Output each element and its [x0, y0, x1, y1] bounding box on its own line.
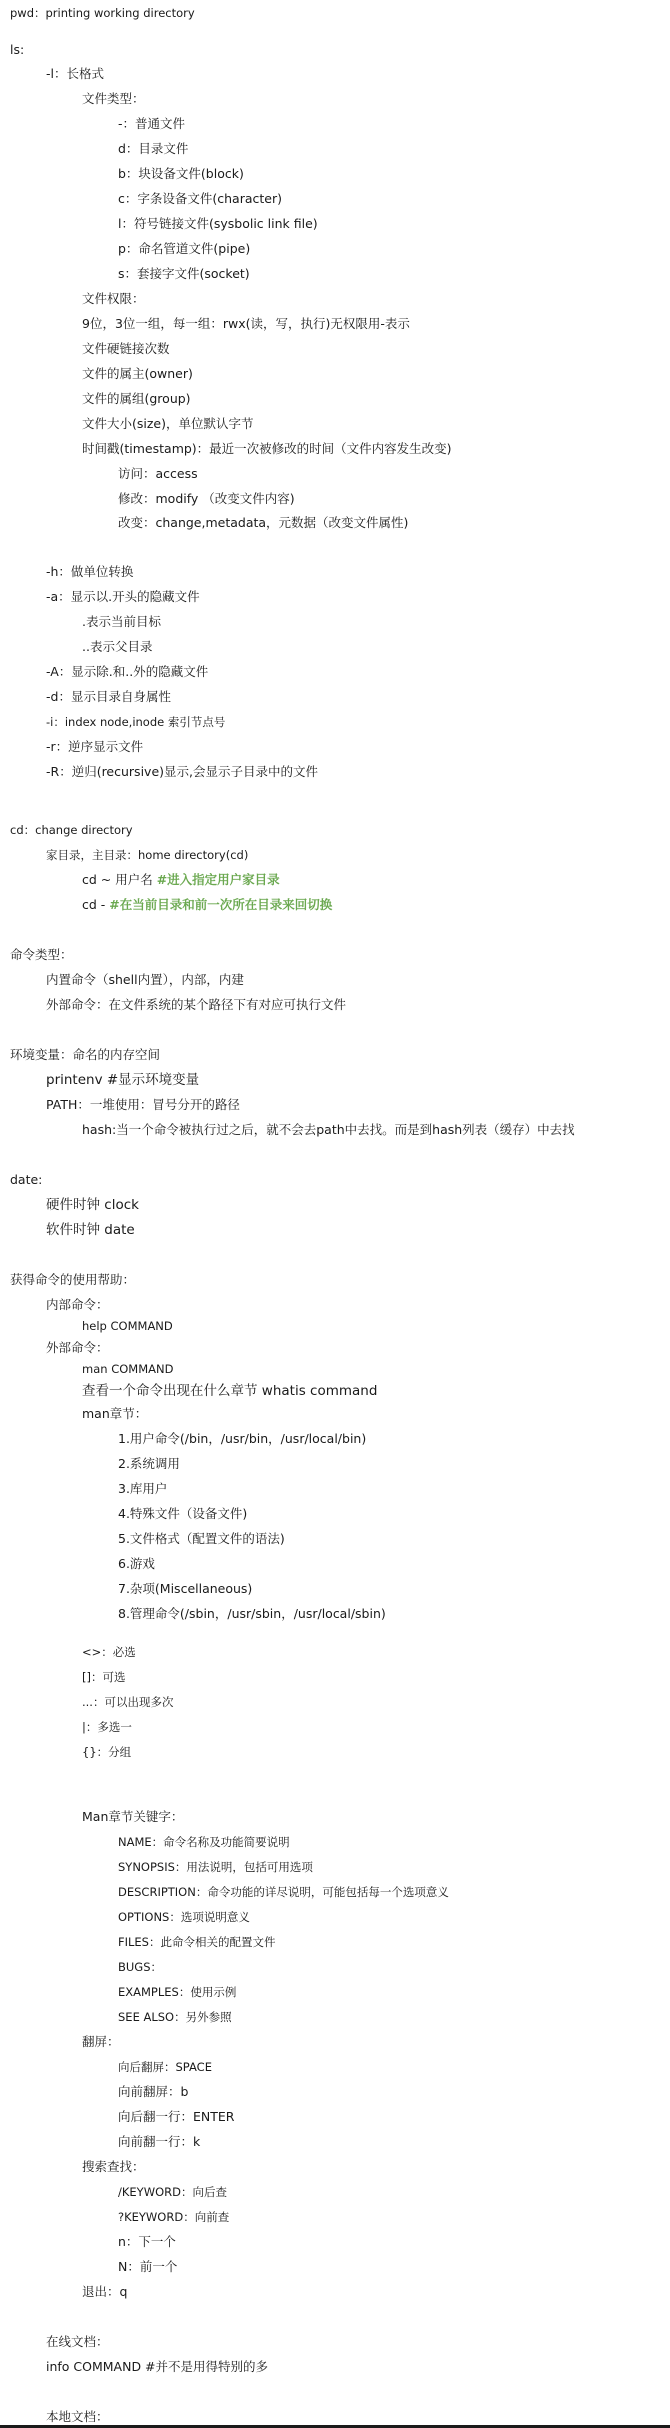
line-cd-home: 家目录，主目录：home directory(cd): [46, 846, 248, 864]
line-cd-user: cd ~ 用户名 #进入指定用户家目录: [82, 871, 280, 889]
line-text: 退出：q: [82, 2284, 127, 2299]
line-text: 获得命令的使用帮助：: [10, 1272, 135, 1287]
line-text: cd：change directory: [10, 823, 133, 837]
line-text: /KEYWORD：向后查: [118, 2185, 227, 2199]
line-type-regular: -：普通文件: [118, 115, 185, 133]
notes-document: pwd：printing working directoryls:-l：长格式文…: [0, 0, 670, 2428]
line-text: l：符号链接文件(sysbolic link file): [118, 216, 318, 231]
comment-text: #进入指定用户家目录: [157, 872, 280, 887]
line-sec-8: 8.管理命令(/sbin，/usr/sbin，/usr/local/sbin): [118, 1605, 386, 1623]
line-text: 文件的属主(owner): [82, 366, 193, 381]
line-cd: cd：change directory: [10, 821, 133, 839]
line-text: 家目录，主目录：home directory(cd): [46, 848, 248, 862]
line-hash: hash:当一个命令被执行过之后，就不会去path中去找。而是到hash列表（缓…: [82, 1121, 575, 1139]
line-text: 命令类型：: [10, 947, 73, 962]
line-hw-clock: 硬件时钟 clock: [46, 1196, 139, 1214]
line-text: 本地文档：: [46, 2409, 109, 2424]
line-sec-6: 6.游戏: [118, 1555, 155, 1573]
line-text: 向前翻屏：b: [118, 2084, 188, 2099]
line-text: 翻屏：: [82, 2034, 120, 2049]
line-line-back: 向前翻一行：k: [118, 2133, 200, 2151]
line-ls-a-dotdot: ..表示父目录: [82, 638, 152, 656]
line-online-docs: 在线文档：: [46, 2333, 109, 2351]
line-text: 修改：modify （改变文件内容): [118, 491, 295, 506]
line-ls-A: -A：显示除.和..外的隐藏文件: [46, 663, 208, 681]
line-perm-desc: 9位，3位一组，每一组：rwx(读，写，执行)无权限用-表示: [82, 315, 410, 333]
line-text: 内置命令（shell内置），内部，内建: [46, 972, 244, 987]
line-local-docs: 本地文档：: [46, 2408, 109, 2426]
line-sec-7: 7.杂项(Miscellaneous): [118, 1580, 252, 1598]
line-text: pwd：printing working directory: [10, 6, 195, 20]
line-text: -h：做单位转换: [46, 564, 133, 579]
line-sec-1: 1.用户命令(/bin，/usr/bin，/usr/local/bin): [118, 1430, 366, 1448]
line-text: <>：必选: [82, 1645, 136, 1659]
line-text: 2.系统调用: [118, 1456, 180, 1471]
line-ts-change: 改变：change,metadata，元数据（改变文件属性): [118, 514, 408, 532]
line-type-link: l：符号链接文件(sysbolic link file): [118, 215, 318, 233]
line-ls-l: -l：长格式: [46, 65, 104, 83]
line-owner: 文件的属主(owner): [82, 365, 193, 383]
line-help-cmd: help COMMAND: [82, 1317, 173, 1335]
line-text: 文件类型：: [82, 91, 145, 106]
line-text: 搜索查找：: [82, 2159, 145, 2174]
line-man-sections: man章节：: [82, 1405, 147, 1423]
line-text: -R：逆归(recursive)显示,会显示子目录中的文件: [46, 764, 318, 779]
line-text: 硬件时钟 clock: [46, 1197, 139, 1213]
line-man-cmd: man COMMAND: [82, 1360, 173, 1378]
line-text: SYNOPSIS：用法说明，包括可用选项: [118, 1860, 313, 1874]
line-cmd-builtin: 内置命令（shell内置），内部，内建: [46, 971, 244, 989]
line-text: NAME：命令名称及功能简要说明: [118, 1835, 290, 1849]
line-type-pipe: p：命名管道文件(pipe): [118, 240, 250, 258]
line-ls-a: -a：显示以.开头的隐藏文件: [46, 588, 200, 606]
line-text: hash:当一个命令被执行过之后，就不会去path中去找。而是到hash列表（缓…: [82, 1122, 575, 1137]
line-cmd-external: 外部命令：在文件系统的某个路径下有对应可执行文件: [46, 996, 346, 1014]
line-text: date:: [10, 1172, 42, 1187]
line-text: 9位，3位一组，每一组：rwx(读，写，执行)无权限用-表示: [82, 316, 410, 331]
line-kw-seealso: SEE ALSO：另外参照: [118, 2008, 232, 2026]
line-help-internal: 内部命令：: [46, 1296, 109, 1314]
line-text: BUGS：: [118, 1960, 162, 1974]
line-text: []：可选: [82, 1670, 125, 1684]
line-ls-h: -h：做单位转换: [46, 563, 133, 581]
line-sym-choice: |：多选一: [82, 1718, 132, 1736]
line-line-fwd: 向后翻一行：ENTER: [118, 2108, 234, 2126]
line-text: 向后翻一行：ENTER: [118, 2109, 234, 2124]
line-text: ls:: [10, 42, 24, 57]
line-text: man章节：: [82, 1406, 147, 1421]
line-text: ..表示父目录: [82, 639, 152, 654]
line-cmd-type: 命令类型：: [10, 946, 73, 964]
line-hardlink: 文件硬链接次数: [82, 340, 170, 358]
line-text: 外部命令：: [46, 1340, 109, 1355]
line-date: date:: [10, 1171, 42, 1189]
line-text: 文件权限：: [82, 291, 145, 306]
line-sym-optional: []：可选: [82, 1668, 125, 1686]
line-text: b：块设备文件(block): [118, 166, 244, 181]
line-search-back: ?KEYWORD：向前查: [118, 2208, 229, 2226]
line-text: help COMMAND: [82, 1319, 173, 1333]
line-sym-group: {}：分组: [82, 1743, 131, 1761]
line-ls-R: -R：逆归(recursive)显示,会显示子目录中的文件: [46, 763, 318, 781]
line-sec-2: 2.系统调用: [118, 1455, 180, 1473]
line-cd-prev: cd - #在当前目录和前一次所在目录来回切换: [82, 896, 332, 914]
line-text: 外部命令：在文件系统的某个路径下有对应可执行文件: [46, 997, 346, 1012]
line-type-block: b：块设备文件(block): [118, 165, 244, 183]
line-quit: 退出：q: [82, 2283, 127, 2301]
line-paging: 翻屏：: [82, 2033, 120, 2051]
line-kw-options: OPTIONS：选项说明意义: [118, 1908, 250, 1926]
line-sec-5: 5.文件格式（配置文件的语法): [118, 1530, 285, 1548]
line-type-dir: d：目录文件: [118, 140, 188, 158]
line-kw-synopsis: SYNOPSIS：用法说明，包括可用选项: [118, 1858, 313, 1876]
line-text: -r：逆序显示文件: [46, 739, 143, 754]
line-text: 4.特殊文件（设备文件): [118, 1506, 247, 1521]
line-text: 查看一个命令出现在什么章节 whatis command: [82, 1383, 377, 1399]
line-path: PATH：一堆使用：冒号分开的路径: [46, 1096, 240, 1114]
line-kw-name: NAME：命令名称及功能简要说明: [118, 1833, 290, 1851]
line-ls-d: -d：显示目录自身属性: [46, 688, 171, 706]
line-text: 1.用户命令(/bin，/usr/bin，/usr/local/bin): [118, 1431, 366, 1446]
line-text: 5.文件格式（配置文件的语法): [118, 1531, 285, 1546]
line-kw-bugs: BUGS：: [118, 1958, 162, 1976]
line-text: 文件大小(size)，单位默认字节: [82, 416, 254, 431]
line-text: p：命名管道文件(pipe): [118, 241, 250, 256]
line-sw-clock: 软件时钟 date: [46, 1221, 135, 1239]
line-text: info COMMAND #并不是用得特别的多: [46, 2359, 268, 2374]
line-kw-examples: EXAMPLES：使用示例: [118, 1983, 236, 2001]
line-text: printenv #显示环境变量: [46, 1072, 199, 1088]
line-pwd: pwd：printing working directory: [10, 4, 195, 22]
line-type-char: c：字条设备文件(character): [118, 190, 282, 208]
line-group: 文件的属组(group): [82, 390, 191, 408]
line-text: 时间戳(timestamp)：最近一次被修改的时间（文件内容发生改变): [82, 441, 452, 456]
line-env: 环境变量：命名的内存空间: [10, 1046, 160, 1064]
line-search-next: n：下一个: [118, 2233, 176, 2251]
line-sec-4: 4.特殊文件（设备文件): [118, 1505, 247, 1523]
line-ls: ls:: [10, 41, 24, 59]
line-text: -l：长格式: [46, 66, 104, 81]
line-info-cmd: info COMMAND #并不是用得特别的多: [46, 2358, 268, 2376]
line-man-keywords: Man章节关键字：: [82, 1808, 183, 1826]
line-file-perm: 文件权限：: [82, 290, 145, 308]
line-text: ...：可以出现多次: [82, 1695, 173, 1709]
line-text: 向后翻屏：SPACE: [118, 2060, 212, 2074]
line-text: -：普通文件: [118, 116, 185, 131]
line-text: ?KEYWORD：向前查: [118, 2210, 229, 2224]
line-text: 文件硬链接次数: [82, 341, 170, 356]
line-text: -i：index node,inode 索引节点号: [46, 715, 225, 729]
line-kw-description: DESCRIPTION：命令功能的详尽说明，可能包括每一个选项意义: [118, 1883, 449, 1901]
line-text: 文件的属组(group): [82, 391, 191, 406]
line-ls-i: -i：index node,inode 索引节点号: [46, 713, 225, 731]
line-ls-r: -r：逆序显示文件: [46, 738, 143, 756]
line-text: DESCRIPTION：命令功能的详尽说明，可能包括每一个选项意义: [118, 1885, 449, 1899]
line-timestamp: 时间戳(timestamp)：最近一次被修改的时间（文件内容发生改变): [82, 440, 452, 458]
line-text: 在线文档：: [46, 2334, 109, 2349]
line-text: |：多选一: [82, 1720, 132, 1734]
line-text: 改变：change,metadata，元数据（改变文件属性): [118, 515, 408, 530]
line-text: -A：显示除.和..外的隐藏文件: [46, 664, 208, 679]
line-text: .表示当前目标: [82, 614, 161, 629]
line-ls-a-dot: .表示当前目标: [82, 613, 161, 631]
line-text: c：字条设备文件(character): [118, 191, 282, 206]
line-text: 环境变量：命名的内存空间: [10, 1047, 160, 1062]
line-ts-access: 访问：access: [118, 465, 198, 483]
line-text: -d：显示目录自身属性: [46, 689, 171, 704]
line-page-back: 向前翻屏：b: [118, 2083, 188, 2101]
line-text: 6.游戏: [118, 1556, 155, 1571]
line-text: 软件时钟 date: [46, 1222, 135, 1238]
line-text: {}：分组: [82, 1745, 131, 1759]
line-page-fwd: 向后翻屏：SPACE: [118, 2058, 212, 2076]
line-size: 文件大小(size)，单位默认字节: [82, 415, 254, 433]
line-type-socket: s：套接字文件(socket): [118, 265, 250, 283]
line-text: 向前翻一行：k: [118, 2134, 200, 2149]
line-sym-repeat: ...：可以出现多次: [82, 1693, 173, 1711]
line-search-prev: N：前一个: [118, 2258, 177, 2276]
line-text: 8.管理命令(/sbin，/usr/sbin，/usr/local/sbin): [118, 1606, 386, 1621]
line-text: n：下一个: [118, 2234, 176, 2249]
line-search: 搜索查找：: [82, 2158, 145, 2176]
line-printenv: printenv #显示环境变量: [46, 1071, 199, 1089]
line-text: 3.库用户: [118, 1481, 167, 1496]
line-ts-modify: 修改：modify （改变文件内容): [118, 490, 295, 508]
line-text: OPTIONS：选项说明意义: [118, 1910, 250, 1924]
line-text: 内部命令：: [46, 1297, 109, 1312]
line-sec-3: 3.库用户: [118, 1480, 167, 1498]
line-text: PATH：一堆使用：冒号分开的路径: [46, 1097, 240, 1112]
line-file-type: 文件类型：: [82, 90, 145, 108]
line-text: 访问：access: [118, 466, 198, 481]
line-whatis: 查看一个命令出现在什么章节 whatis command: [82, 1382, 377, 1400]
line-text: man COMMAND: [82, 1362, 173, 1376]
line-text: cd ~ 用户名: [82, 872, 157, 887]
line-text: cd -: [82, 897, 109, 912]
line-help-external: 外部命令：: [46, 1339, 109, 1357]
line-text: 7.杂项(Miscellaneous): [118, 1581, 252, 1596]
line-text: N：前一个: [118, 2259, 177, 2274]
line-text: -a：显示以.开头的隐藏文件: [46, 589, 200, 604]
line-kw-files: FILES：此命令相关的配置文件: [118, 1933, 275, 1951]
line-text: SEE ALSO：另外参照: [118, 2010, 232, 2024]
line-text: Man章节关键字：: [82, 1809, 183, 1824]
line-text: FILES：此命令相关的配置文件: [118, 1935, 275, 1949]
comment-text: #在当前目录和前一次所在目录来回切换: [109, 897, 332, 912]
line-sym-required: <>：必选: [82, 1643, 136, 1661]
line-text: s：套接字文件(socket): [118, 266, 250, 281]
line-search-fwd: /KEYWORD：向后查: [118, 2183, 227, 2201]
line-help: 获得命令的使用帮助：: [10, 1271, 135, 1289]
line-text: EXAMPLES：使用示例: [118, 1985, 236, 1999]
line-text: d：目录文件: [118, 141, 188, 156]
